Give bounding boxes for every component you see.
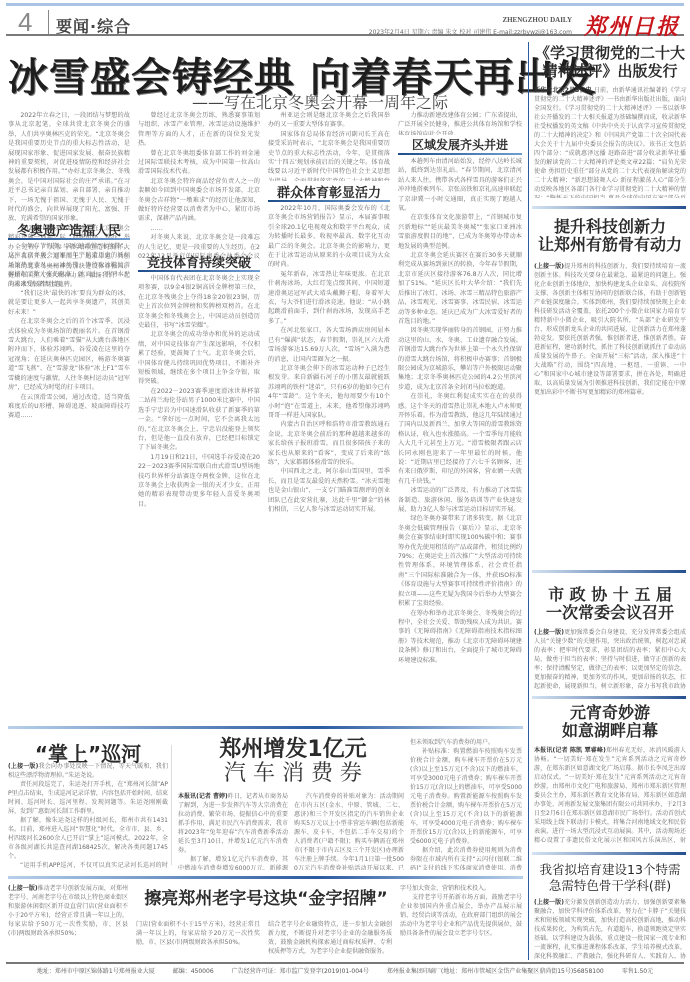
book-body: 新华社北京2月3日电 日前，由新华通讯社编著的《学习贯彻党的二十大精神述评》一书…: [534, 86, 686, 198]
river-body: (上接一版)我会向办事处反映一下情况，等天气暖和，我们相这些漂浮物清理掉。”朱运…: [8, 762, 168, 870]
discipline-body: (上接一版)充分激发创新创造动力活力，加强创新要素集聚融合，加快学科评价体系改革…: [534, 898, 686, 960]
paragraph: 门店(营业面积不小于15平方米)，经营正常且满一年以上的，每家店给予20万元一次…: [136, 920, 260, 947]
paragraph: 1月19日和21日，中国选手谷爱凌在2022－2023赛季国际雪联自由式滑雪U型…: [138, 453, 260, 509]
top-accent-bar: [6, 3, 684, 6]
laozihao-column-4: 字号加大资金、营销和技术投入。 支持老字号开拓新市场方面，鼓励老字号企业参加国内…: [400, 884, 522, 958]
voucher-lead: 本报讯(记者 曹婷): [178, 793, 228, 800]
section-divider: [8, 876, 523, 879]
voucher-column-1: 本报讯(记者 曹婷)昨日，记者从市商务局了解到，为进一步发挥汽车等大宗消费在拉动…: [178, 792, 288, 870]
paragraph: 字号加大资金、营销和技术投入。: [400, 884, 522, 893]
page-number: 4: [18, 8, 32, 36]
paragraph: 据了解，像朱运尧这样的村级河长，郑州市共有1431名。目前，郑州进入巡河“智慧化…: [8, 816, 168, 861]
voucher-title-line1: 郑州增发1亿元: [178, 738, 408, 762]
section-divider: [532, 696, 686, 699]
paragraph: 据介绍，此次消费券使用规则为消费券限在市域内所有支持“云闪付(银联二维码)”支付…: [410, 846, 522, 870]
laozihao-column-2: 门店(营业面积不小于15平方米)，经营正常且满一年以上的，每家店给予20万元一次…: [136, 920, 260, 958]
paragraph: 补贴标准：购置燃油车按照购车发票价税合计金额，购车裸车开票价在5万元(含)以上至…: [410, 747, 522, 846]
section-divider: [532, 206, 686, 209]
paragraph: 2022年立春之日，一段团结与梦想的故事从北京起笔，全球共赏北京冬奥会的盛举，人…: [8, 111, 130, 224]
paragraph: 本趟列车由清河站始发，经停八达岭长城站，抵终到达崇礼站。“春节期间，北京清河站人…: [398, 157, 522, 213]
paragraph: 昨日，记者从市商务局了解到，为进一步发挥汽车等大宗消费在拉动消费、繁荣市场、提振…: [178, 793, 288, 854]
paragraph: 在京张体育文化旅游带上，“首钢城市复兴新地标”“延庆最美冬奥城”“张家口亚洲冰雪…: [398, 213, 522, 251]
lead-column-3b: 2022年10月，国际奥委会发布的《北京冬奥会市场营销报告》显示，本届赛事吸引全…: [268, 204, 390, 712]
paragraph: 据了解，增发1亿元汽车消费券，其中燃油车消费券增发6000万元，新能源车消费券增…: [178, 855, 288, 870]
cppcc-title-line2: 一次常委会议召开: [532, 604, 688, 622]
paragraph: 支持老字号开拓新市场方面，鼓励老字号企业参加国内外重点展会，举办产品展示展销、经…: [400, 893, 522, 938]
cppcc-lead: (上接一版): [534, 629, 564, 636]
section-divider: [532, 570, 686, 573]
tech-body: (上接一版)提升郑州的科技创新力，我们要持续培育一流创新主体。科技攻关要身在最紧…: [534, 262, 686, 562]
subheading-rule: [268, 200, 390, 202]
paragraph: 充分激发创新创造动力活力，加强创新要素集聚融合，加快学科评价体系改革，努力在“卡…: [534, 899, 686, 960]
paragraph: 在2022－2023赛季速度滑冰世界杯第二站荷兰海伦芬站男子1000米比赛中，中…: [138, 387, 260, 453]
book-lead: 新华社北京2月3日电: [534, 87, 592, 94]
subheading-legacy: 冬奥遗产造福人民: [8, 220, 130, 239]
discipline-title-line1: 我省拟培育建设13个特需: [532, 862, 688, 878]
paragraph: 责任河段巡完了，朱运尧打开手机，在“郑州河长制”APP里点击结束，生成巡河记录详…: [8, 780, 168, 816]
paragraph: 曾经过北京冬奥会历练，熟悉赛事策划与组织、冰雪产业管理、冰雪运动设施维护管理等方…: [138, 111, 260, 149]
paragraph: 曾在北京冬奥组委体育部工作的刘金通过国际雪联技术考核，成为中国第一位高山滑雪国际…: [138, 149, 260, 177]
footer-address: 地址：郑州市中原区锦体路1号郑州报业大厦: [37, 966, 155, 975]
paragraph: 日前，由新华通讯社编著的《学习贯彻党的二十大精神述评》一书由新华出版社出版，面向…: [534, 87, 686, 198]
paragraph: 在崇礼，冬奥红利促成实实在在的获得感。这个冬天的滑雪热让崇礼本地人卢永帅更开怀乐…: [398, 392, 522, 486]
paragraph: 州亚运会则是继北京冬奥会之后我国举办的又一重要大型体育赛事。: [268, 111, 390, 130]
voucher-title-line2: 汽 车 消 费 券: [178, 762, 408, 786]
masthead: 4 要闻·综合 ZHENGZHOU DAILY 2023年2月4日 星期六 责编…: [6, 8, 684, 36]
masthead-divider: [48, 10, 49, 34]
paragraph: 但未领取到汽车消费券的用户。: [410, 738, 522, 747]
paragraph: 推动老字号创新发展方面，对郑州老字号、河南老字号在市级以上特色商业街区和旅游休闲…: [8, 885, 128, 937]
lead-column-4b: 本趟列车由清河站始发，经停八达岭长城站，抵终到达崇礼站。“春节期间，北京清河站人…: [398, 157, 522, 712]
footer-rule: [6, 962, 684, 964]
lead-column-1b: 今年春节假期，国家速滑馆“冰丝带”，这座北京冬奥会冠军周年宇航造历史的场标场馆热…: [8, 242, 130, 712]
book-title-line2: 精神述评》出版发行: [532, 62, 688, 80]
footer: 地址：郑州市中原区锦体路1号郑州报业大厦 邮编：450006 广告经营许可证：郑…: [6, 966, 684, 975]
paragraph: 结合老字号企业融资特点，进一步加大金融创新力度，不断提升对老字号企业的金融服务质…: [268, 920, 392, 956]
voucher-column-3: 但未领取到汽车消费券的用户。 补贴标准：购置燃油车按照购车发票价税合计金额，购车…: [410, 738, 522, 870]
paragraph: 在云顶滑雪公园，通过改造，适当降低难度后的U形槽、障碍追逐、坡面障碍技巧赛道……: [8, 393, 130, 421]
paragraph: “运用手机APP巡河，不仅可以真实记录河长巡河的时间、轨迹和频率，提高河长制日常…: [8, 861, 168, 870]
lantern-title-line1: 元宵奇妙游: [532, 704, 688, 722]
book-title-line1: 《学习贯彻党的二十大: [532, 44, 688, 62]
date-line: 2023年2月4日 星期六 责编 朱文 校对 司建伟 E-mail:zzrbyw…: [369, 27, 572, 36]
paragraph: 提升郑州的科技创新力，我们要持续培育一流创新主体。科技攻关要身在最紧急、最紧迫的…: [534, 263, 686, 396]
section-divider: [532, 852, 686, 855]
paragraph: 在北京冬奥会之后的首个冰雪季，沉浸式体验成为冬奥场馆的靓丽名片。在首钢滑雪大跳台…: [8, 317, 130, 392]
section-name: 要闻·综合: [56, 14, 131, 37]
paragraph: 更加强常委会自身建设，充分发挥常委会组成人员“关键少数”的关键作用，突出政治统领…: [534, 629, 686, 690]
column-divider: [171, 745, 172, 865]
voucher-column-2: 汽车消费券的补贴对象为：活动期间在市内五区(金水、中原、管城、二七、惠济)和三个…: [294, 792, 404, 870]
laozihao-title: 擦亮郑州老字号这块“金字招牌”: [136, 884, 396, 909]
lead-column-2: 曾经过北京冬奥会历练，熟悉赛事策划与组织、冰雪产业管理、冰雪运动设施维护管理等方…: [138, 111, 260, 261]
paragraph: 国家体育总局体育经济司副司长王高在接受采访时表示，“北京冬奥会是我国重要历史节点…: [268, 130, 390, 181]
footer-license: 广告经营许可证：郑市监广发登字(2019)01-004号: [232, 966, 369, 975]
footer-price: 零售1.50元: [622, 966, 653, 975]
subheading-mass-sports: 群众体育彰显活力: [268, 182, 390, 201]
paragraph: 2022年10月，国际奥委会发布的《北京冬奥会市场营销报告》显示，本届赛事吸引全…: [268, 204, 390, 270]
subheading-rule: [8, 238, 130, 240]
paragraph: 北京冬奥会伸下的冰雪运动种子已经生根发芽。来自新疆石河子的小朋友最就能跃苏翊鸣的…: [268, 364, 390, 420]
paragraph: 绿色冬奥办赛带来了诸多转变。据《北京冬奥会低碳管理报告（赛后）》显示，北京冬奥会…: [398, 514, 522, 608]
discipline-title-line2: 急需特色骨干学科(群): [532, 878, 688, 894]
cppcc-title-line1: 市 政 协 十 五 届: [532, 586, 688, 604]
paragraph: 因冬奥实现华丽转身的首钢园，正努力推动这里的山、水、冬奥、工业遗存融合发展。首钢…: [398, 326, 522, 392]
newspaper-logo: 郑州日报: [584, 10, 680, 41]
paragraph: 在河北张家口，各大雪场酒店房间屈本已有“爆满”状态，春节假期，崇礼区六大滑雪场游…: [268, 326, 390, 364]
paragraph: 北京冬奥会特许商品经营负责人之一的裴颖如今回到中国奥委会市场开发部，北京冬奥会吉…: [138, 177, 260, 224]
sidebar-divider: [528, 42, 529, 960]
laozihao-column-3: 结合老字号企业融资特点，进一步加大金融创新力度，不断提升对老字号企业的金融服务质…: [268, 920, 392, 958]
lead-column-2b: 中国体育代表团在北京冬奥会上实现全项参赛，以9金4银2铜高居金牌榜第三位，在北京…: [138, 274, 260, 712]
paragraph: 内蒙古自治区呼和浩特市滑雪教练通石金说，北京冬奥会前后的那种越越来越多的家长给孩…: [268, 420, 390, 467]
paragraph: 在筹办和举办北京冬奥会、冬残奥会的过程中，全社会关爱、帮助残疾人成为共识。赛事的…: [398, 609, 522, 665]
lead-column-3: 州亚运会则是继北京冬奥会之后我国举办的又一重要大型体育赛事。 国家体育总局体育经…: [268, 111, 390, 181]
footer-postcode: 邮编：450006: [173, 966, 214, 975]
discipline-lead: (上接一版): [534, 899, 564, 906]
paragraph: 郑州春光无好，冰消风暖游人协畅。“一切美好·郑在发生”元宵系列活动之元宵奇妙游，…: [534, 747, 686, 844]
english-name: ZHENGZHOU DAILY: [502, 16, 572, 24]
tech-lead: (上接一版): [534, 263, 564, 270]
tech-title-line1: 提升科技创新力: [532, 218, 688, 236]
footer-printer: 郑州报业集团印刷厂(地址：郑州市管城区金岱产业集聚区鼎尚街15号)5685810…: [387, 966, 604, 975]
paragraph: 汽车消费券的补贴对象为：活动期间在市内五区(金水、中原、管城、二七、惠济)和三个…: [294, 792, 404, 870]
subheading-competitive-sports: 竞技体育持续突破: [138, 252, 260, 271]
section-divider: [8, 726, 523, 729]
lantern-lead: 本报讯(记者 陈凯 覃睿峰): [534, 747, 606, 754]
lead-subhead: ——写在北京冬奥会开幕一周年之际: [130, 90, 510, 113]
paragraph: 北京冬奥会延庆赛区在赛后30多天就顺利完成从赛场到景区的转换，今年春节假期，北京…: [398, 251, 522, 326]
lantern-body: 本报讯(记者 陈凯 覃睿峰)郑州春光无好，冰消风暖游人协畅。“一切美好·郑在发生…: [534, 746, 686, 844]
paragraph: 今年春节假期，国家速滑馆“冰丝带”，这座北京冬奥会冠军周年宇航造历史的场标场馆热…: [8, 242, 130, 289]
paragraph: 冰雪运动的广泛普及，有力推动了冰雪装备制造、旅游休闲、服务培训等产业快速发展，助…: [398, 486, 522, 514]
tech-title-line2: 让郑州有筋骨有动力: [532, 236, 688, 254]
laozihao-column-1: (上接一版)推动老字号创新发展方面，对郑州老字号、河南老字号在市级以上特色商业街…: [8, 884, 128, 958]
subheading-rule: [398, 153, 522, 155]
paragraph: 冤年新春，冰雪热让年味更浓。在北京什刹海冰场，大红灯笼点缀其间，中国短道速滑奥运…: [268, 270, 390, 326]
subheading-regional: 区域发展齐头并进: [398, 136, 522, 153]
laozihao-lead: (上接一版): [8, 885, 38, 892]
lead-column-4: 力推动新建改建体育公园；广东省提出，广泛开展全民健身，推进公共体育场馆和学校体育…: [398, 111, 522, 135]
river-lead: (上接一版): [8, 763, 38, 770]
paragraph: 中国体育代表团在北京冬奥会上实现全项参赛，以9金4银2铜高居金牌榜第三位，在北京…: [138, 274, 260, 330]
paragraph: “我们这块‘最快的冰’要良为群众的冰，就是要让更多人一起共享冬奥遗产，其创美好未…: [8, 289, 130, 317]
lantern-title-line2: 如意湖畔启幕: [532, 722, 688, 740]
paragraph: 北京冬奥会的成功举办和优异的运动成绩，对中国竞技体育产生深远影响，不仅积累了经验…: [138, 330, 260, 386]
paragraph: 中国西北之北，阿尔泰山雪国里，雪季长，而且是雪友最爱的天然粉雪。“冰天雪地也是金…: [268, 467, 390, 514]
paragraph: 力推动新建改建体育公园；广东省提出，广泛开展全民健身，推进公共体育场馆和学校体育…: [398, 111, 522, 135]
cppcc-body: (上接一版)更加强常委会自身建设，充分发挥常委会组成人员“关键少数”的关键作用，…: [534, 628, 686, 690]
paragraph: ……: [138, 224, 260, 233]
subheading-rule: [138, 270, 260, 272]
